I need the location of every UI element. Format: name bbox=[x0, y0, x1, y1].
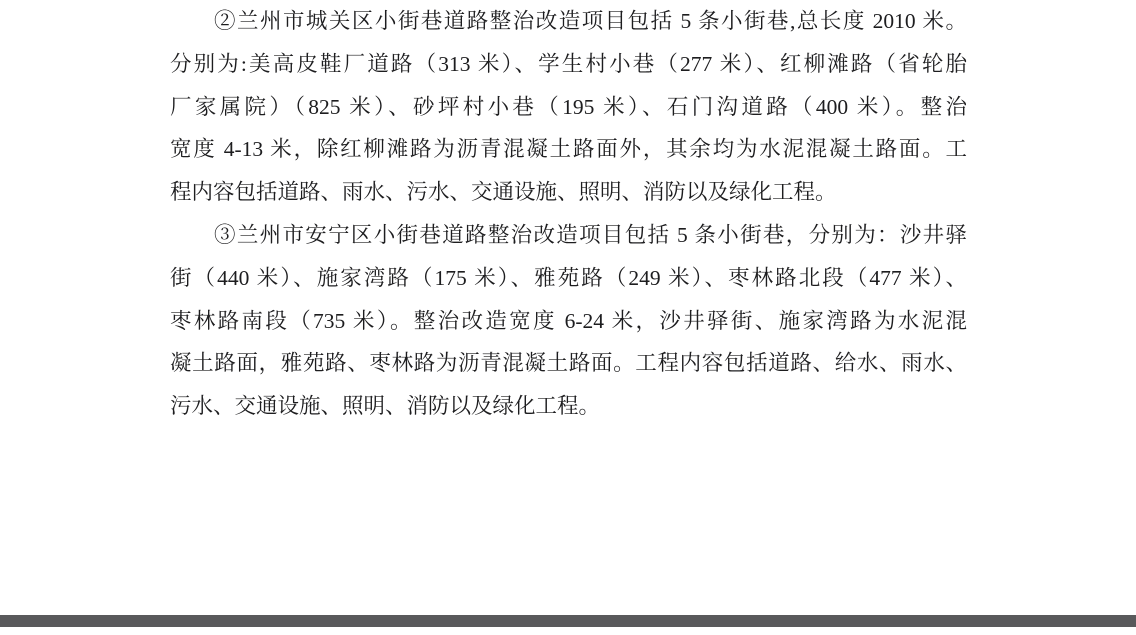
text-line: 凝土路面，雅苑路、枣林路为沥青混凝土路面。工程内容包括道路、给水、雨水、 bbox=[170, 342, 967, 385]
text-line: 污水、交通设施、照明、消防以及绿化工程。 bbox=[170, 385, 967, 428]
document-page: ②兰州市城关区小街巷道路整治改造项目包括 5 条小街巷,总长度 2010 米。分… bbox=[0, 0, 1136, 635]
bottom-bar bbox=[0, 615, 1136, 627]
text-line: ②兰州市城关区小街巷道路整治改造项目包括 5 条小街巷,总长度 2010 米。 bbox=[170, 0, 967, 43]
text-line: 厂家属院）（825 米）、砂坪村小巷（195 米）、石门沟道路（400 米）。整… bbox=[170, 86, 967, 129]
text-line: 程内容包括道路、雨水、污水、交通设施、照明、消防以及绿化工程。 bbox=[170, 171, 967, 214]
text-line: 枣林路南段（735 米）。整治改造宽度 6-24 米，沙井驿街、施家湾路为水泥混 bbox=[170, 300, 967, 343]
text-line: ③兰州市安宁区小街巷道路整治改造项目包括 5 条小街巷，分别为：沙井驿 bbox=[170, 214, 967, 257]
text-line: 分别为:美高皮鞋厂道路（313 米）、学生村小巷（277 米）、红柳滩路（省轮胎 bbox=[170, 43, 967, 86]
document-body: ②兰州市城关区小街巷道路整治改造项目包括 5 条小街巷,总长度 2010 米。分… bbox=[170, 0, 967, 428]
text-line: 街（440 米）、施家湾路（175 米）、雅苑路（249 米）、枣林路北段（47… bbox=[170, 257, 967, 300]
text-line: 宽度 4-13 米，除红柳滩路为沥青混凝土路面外，其余均为水泥混凝土路面。工 bbox=[170, 128, 967, 171]
